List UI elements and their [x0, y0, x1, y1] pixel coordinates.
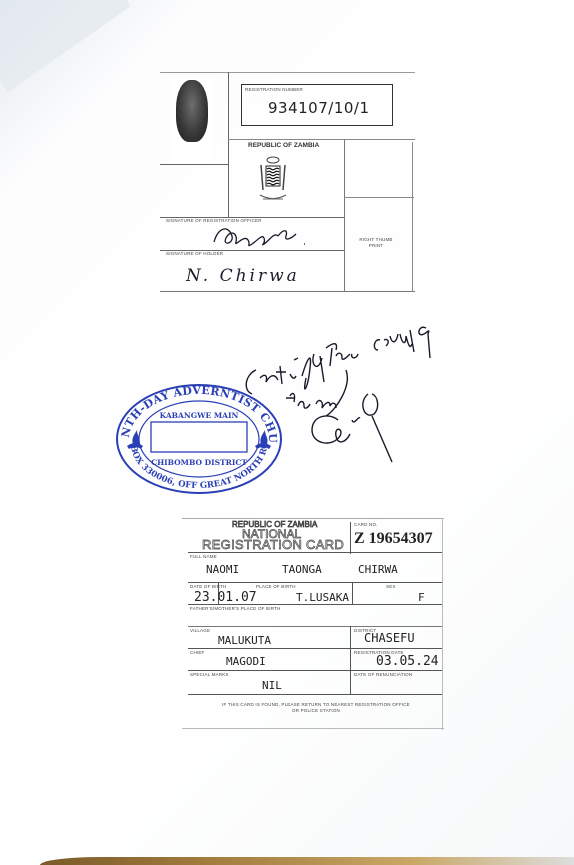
- place-of-birth: T.LUSAKA: [296, 591, 349, 604]
- place-of-birth-label: PLACE OF BIRTH: [256, 584, 296, 589]
- special-marks: NIL: [262, 679, 282, 692]
- national-registration-card: REPUBLIC OF ZAMBIA NATIONAL REGISTRATION…: [182, 518, 444, 730]
- sex: F: [418, 591, 425, 604]
- stamp-line1: KABANGWE MAIN: [160, 411, 239, 420]
- parents-place-of-birth-label: FATHER'S/MOTHER'S PLACE OF BIRTH: [190, 606, 280, 611]
- sex-label: SEX: [386, 584, 396, 589]
- village-label: VILLAGE: [190, 628, 210, 633]
- holder-signature: N. Chirwa: [186, 266, 300, 286]
- full-name-label: FULL NAME: [190, 554, 217, 559]
- church-stamp: SEVENTH-DAY ADVERNTIST CHURCH P.O. BOX 3…: [115, 382, 283, 494]
- middle-name: TAONGA: [282, 563, 322, 576]
- holder-photo: [172, 78, 212, 164]
- registration-number-box: REGISTRATION NUMBER 934107/10/1: [241, 84, 393, 126]
- chief: MAGODI: [226, 655, 266, 668]
- village: MALUKUTA: [218, 634, 271, 647]
- face-photo: [176, 80, 208, 142]
- chief-label: CHIEF: [190, 650, 205, 655]
- registration-date: 03.05.24: [376, 654, 439, 669]
- holder-signature-label: SIGNATURE OF HOLDER: [166, 251, 223, 256]
- republic-of-zambia-label: REPUBLIC OF ZAMBIA: [248, 142, 319, 149]
- right-thumb-print-label: RIGHT THUMB PRINT: [354, 237, 398, 249]
- stamp-line2: CHIBOMBO DISTRICT: [151, 458, 247, 467]
- old-nrc-card-back: REGISTRATION NUMBER 934107/10/1 REPUBLIC…: [160, 72, 415, 294]
- footer-return-notice-2: OR POLICE STATION: [196, 708, 436, 713]
- special-marks-label: SPECIAL MARKS: [190, 672, 229, 677]
- district: CHASEFU: [364, 631, 415, 645]
- registration-number: 934107/10/1: [268, 99, 370, 117]
- scanner-bottom-edge: [40, 857, 574, 865]
- card-no-label: CARD No.: [354, 522, 378, 527]
- surname: CHIRWA: [358, 563, 398, 576]
- first-name: NAOMI: [206, 563, 239, 576]
- registration-card-header: REGISTRATION CARD: [202, 537, 344, 552]
- date-of-birth-label: DATE OF BIRTH: [190, 584, 226, 589]
- date-of-renunciation-label: DATE OF RENUNCIATION: [354, 672, 412, 677]
- coat-of-arms-icon: [258, 154, 288, 206]
- registration-officer-signature: [208, 220, 318, 250]
- footer-return-notice: IF THIS CARD IS FOUND, PLEASE RETURN TO …: [196, 702, 436, 707]
- card-number: Z 19654307: [354, 530, 433, 548]
- date-of-birth: 23.01.07: [194, 590, 257, 605]
- registration-number-label: REGISTRATION NUMBER: [245, 87, 303, 92]
